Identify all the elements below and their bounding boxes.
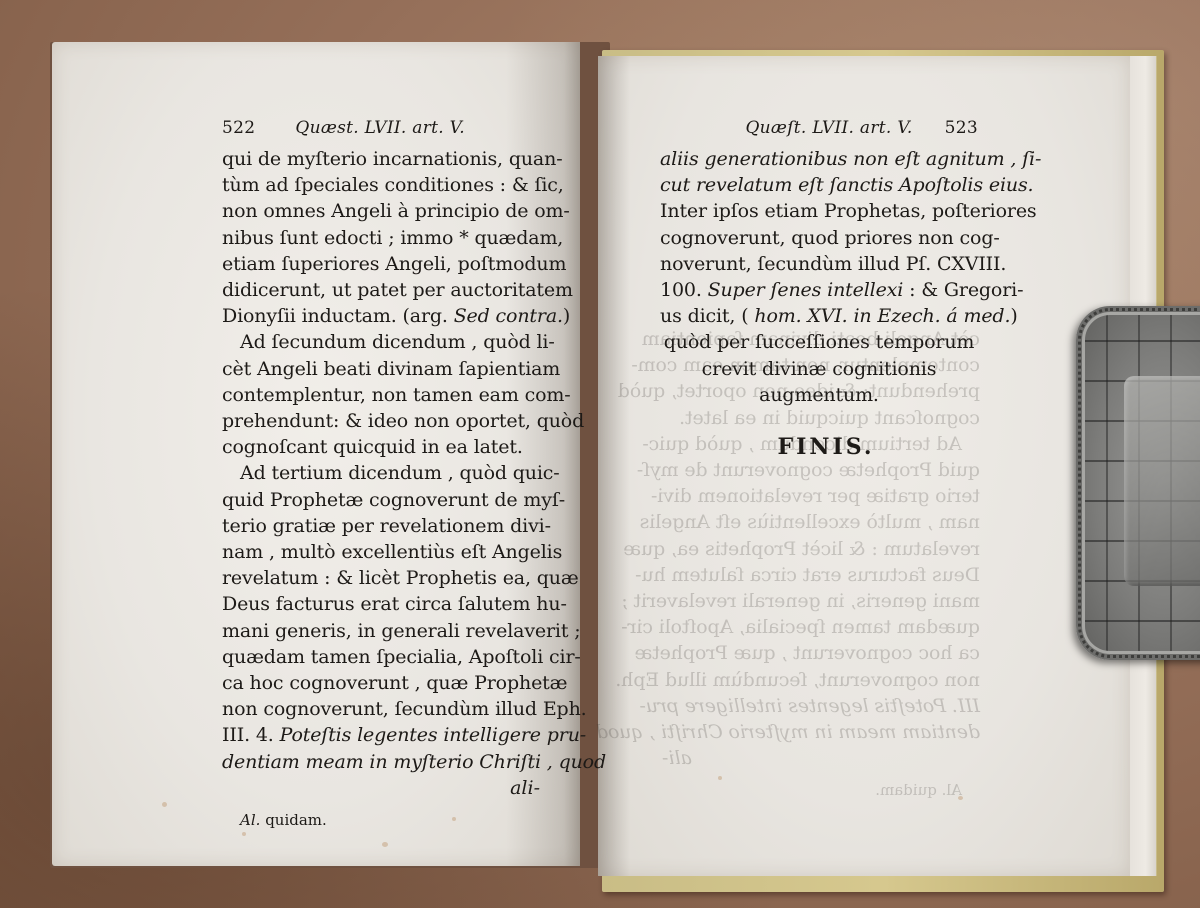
running-head-title: Quæst. LVII. art. V. bbox=[295, 118, 465, 138]
text-line: nibus ſunt edocti ; immo * quædam, bbox=[222, 225, 540, 251]
text-line: noverunt, ſecundùm illud Pſ. CXVIII. bbox=[660, 251, 978, 277]
finis-heading: FINIS. bbox=[660, 434, 978, 460]
text-line: didicerunt, ut patet per auctoritatem bbox=[222, 277, 540, 303]
show-through-footnote: Al. quidam. bbox=[662, 779, 980, 801]
text-span: III. 4. bbox=[222, 724, 274, 746]
foxing-spot bbox=[382, 842, 388, 847]
marginal-note: Al. quidam. bbox=[222, 809, 540, 831]
show-through-line: mani generis, in generali revelaverit ; bbox=[662, 588, 980, 614]
note-text: quidam. bbox=[265, 811, 327, 829]
italic-quotation: Poteſtis legentes intelligere pru- bbox=[280, 724, 587, 746]
note-prefix: Al. bbox=[240, 811, 260, 829]
text-line: augmentum. bbox=[660, 382, 978, 408]
text-line: contemplentur, non tamen eam com- bbox=[222, 382, 540, 408]
page-number: 523 bbox=[945, 118, 978, 138]
text-line: aliis generationibus non eſt agnitum , ſ… bbox=[660, 146, 978, 172]
text-line: non omnes Angeli à principio de om- bbox=[222, 198, 540, 224]
left-running-head: 522 Quæst. LVII. art. V. bbox=[222, 118, 540, 146]
show-through-catchword: ali- bbox=[662, 745, 980, 771]
text-span: : & Gregori- bbox=[909, 279, 1023, 301]
italic-citation: Sed contra. bbox=[454, 305, 563, 327]
text-line: Deus facturus erat circa ſalutem hu- bbox=[222, 591, 540, 617]
text-line: us dicit, ( hom. XVI. in Ezech. á med.) bbox=[660, 303, 978, 329]
text-line: Inter ipſos etiam Prophetas, poſteriores bbox=[660, 198, 978, 224]
right-running-head: Quæſt. LVII. art. V. 523 bbox=[660, 118, 978, 146]
text-line: cognoſcant quicquid in ea latet. bbox=[222, 434, 540, 460]
text-span: us dicit, ( bbox=[660, 305, 748, 327]
text-span: 100. bbox=[660, 279, 702, 301]
show-through-line: quædam tamen ſpecialia, Apoſtoli cir- bbox=[662, 614, 980, 640]
text-line: quòd per ſucceſſiones temporum bbox=[660, 329, 978, 355]
left-page-text: 522 Quæst. LVII. art. V. qui de myſterio… bbox=[222, 118, 540, 831]
text-line: 100. Super ſenes intellexi : & Gregori- bbox=[660, 277, 978, 303]
show-through-line: nam , multò excellentiùs eſt Angelis bbox=[662, 509, 980, 535]
text-span: Dionyſii inductam. bbox=[222, 305, 397, 327]
foxing-spot bbox=[242, 832, 246, 836]
italic-quotation: Super ſenes intellexi bbox=[708, 279, 904, 301]
text-span: (arg. bbox=[403, 305, 454, 327]
running-head-title: Quæſt. LVII. art. V. bbox=[745, 118, 912, 138]
text-line: tùm ad ſpeciales conditiones : & ſic, bbox=[222, 172, 540, 198]
text-span: ) bbox=[1010, 305, 1017, 327]
show-through-line: Deus facturus erat circa ſalutem hu- bbox=[662, 562, 980, 588]
metal-clasp bbox=[1076, 306, 1200, 660]
text-line: quædam tamen ſpecialia, Apoſtoli cir- bbox=[222, 644, 540, 670]
text-line: terio gratiæ per revelationem divi- bbox=[222, 513, 540, 539]
show-through-line: revelatum : & licèt Prophetis ea, quæ bbox=[662, 536, 980, 562]
text-line: qui de myſterio incarnationis, quan- bbox=[222, 146, 540, 172]
text-line: nam , multò excellentiùs eſt Angelis bbox=[222, 539, 540, 565]
show-through-line: dentiam meam in myſterio Chriſti , quod bbox=[662, 719, 980, 745]
text-line: mani generis, in generali revelaverit ; bbox=[222, 618, 540, 644]
italic-citation: hom. XVI. in Ezech. á med. bbox=[754, 305, 1010, 327]
text-line: etiam ſuperiores Angeli, poſtmodum bbox=[222, 251, 540, 277]
show-through-line: quid Prophetæ cognoverunt de myſ- bbox=[662, 457, 980, 483]
text-line: cèt Angeli beati divinam ſapientiam bbox=[222, 356, 540, 382]
text-line: Dionyſii inductam. (arg. Sed contra.) bbox=[222, 303, 540, 329]
right-page-text: Quæſt. LVII. art. V. 523 aliis generatio… bbox=[660, 118, 978, 460]
text-line: revelatum : & licèt Prophetis ea, quæ bbox=[222, 565, 540, 591]
show-through-line: non cognoverunt, ſecundùm illud Eph. bbox=[662, 667, 980, 693]
text-line: dentiam meam in myſterio Chriſti , quod bbox=[222, 749, 540, 775]
text-line: quid Prophetæ cognoverunt de myſ- bbox=[222, 487, 540, 513]
text-line: ca hoc cognoverunt , quæ Prophetæ bbox=[222, 670, 540, 696]
page-number: 522 bbox=[222, 118, 255, 138]
show-through-line: ca hoc cognoverunt , quæ Prophetæ bbox=[662, 640, 980, 666]
text-line: III. 4. Poteſtis legentes intelligere pr… bbox=[222, 722, 540, 748]
catchword: ali- bbox=[222, 775, 540, 801]
clasp-emblem-icon bbox=[1124, 376, 1200, 586]
text-line: cognoverunt, quod priores non cog- bbox=[660, 225, 978, 251]
text-line: Ad ſecundum dicendum , quòd li- bbox=[222, 329, 540, 355]
text-line: non cognoverunt, ſecundùm illud Eph. bbox=[222, 696, 540, 722]
text-line: crevit divinæ cognitionis bbox=[660, 356, 978, 382]
show-through-line: III. Poteſtis legentes intelligere pru- bbox=[662, 693, 980, 719]
text-line: Ad tertium dicendum , quòd quic- bbox=[222, 460, 540, 486]
text-line: prehendunt: & ideo non oportet, quòd bbox=[222, 408, 540, 434]
foxing-spot bbox=[162, 802, 167, 807]
text-line: cut revelatum eſt ſanctis Apoſtolis eius… bbox=[660, 172, 978, 198]
text-span: ) bbox=[563, 305, 570, 327]
show-through-line: terio gratiæ per revelationem divi- bbox=[662, 483, 980, 509]
